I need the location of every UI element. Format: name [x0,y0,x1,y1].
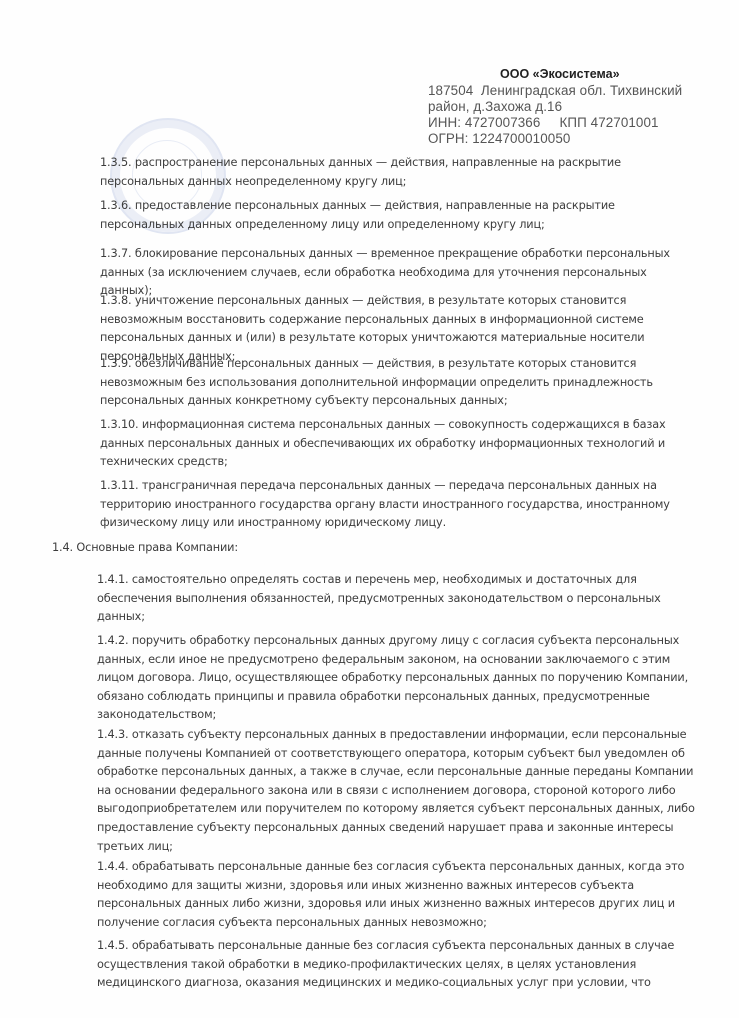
clause-1-3-11: 1.3.11. трансграничная передача персонал… [100,477,700,533]
clause-1-3-5: 1.3.5. распространение персональных данн… [100,154,700,191]
section-heading-1-4: 1.4. Основные права Компании: [52,539,652,558]
document-page: ООО «Экосистема» 187504 Ленинградская об… [0,0,739,1018]
clause-1-3-9: 1.3.9. обезличивание персональных данных… [100,355,700,411]
clause-1-4-3: 1.4.3. отказать субъекту персональных да… [97,726,707,856]
company-requisites: ООО «Экосистема» 187504 Ленинградская об… [428,66,718,147]
clause-1-3-6: 1.3.6. предоставление персональных данны… [100,197,700,234]
clause-1-4-5: 1.4.5. обрабатывать персональные данные … [97,937,707,993]
clause-1-4-1: 1.4.1. самостоятельно определять состав … [97,571,707,627]
clause-1-4-4: 1.4.4. обрабатывать персональные данные … [97,858,707,932]
address-line-1: 187504 Ленинградская обл. Тихвинский [428,83,718,99]
company-name: ООО «Экосистема» [428,66,718,83]
address-line-2: район, д.Захожа д.16 [428,99,718,115]
clause-1-3-10: 1.3.10. информационная система персональ… [100,416,700,472]
clause-1-4-2: 1.4.2. поручить обработку персональных д… [97,632,707,725]
inn-kpp-line: ИНН: 4727007366 КПП 472701001 [428,115,718,131]
ogrn-line: ОГРН: 1224700010050 [428,131,718,147]
